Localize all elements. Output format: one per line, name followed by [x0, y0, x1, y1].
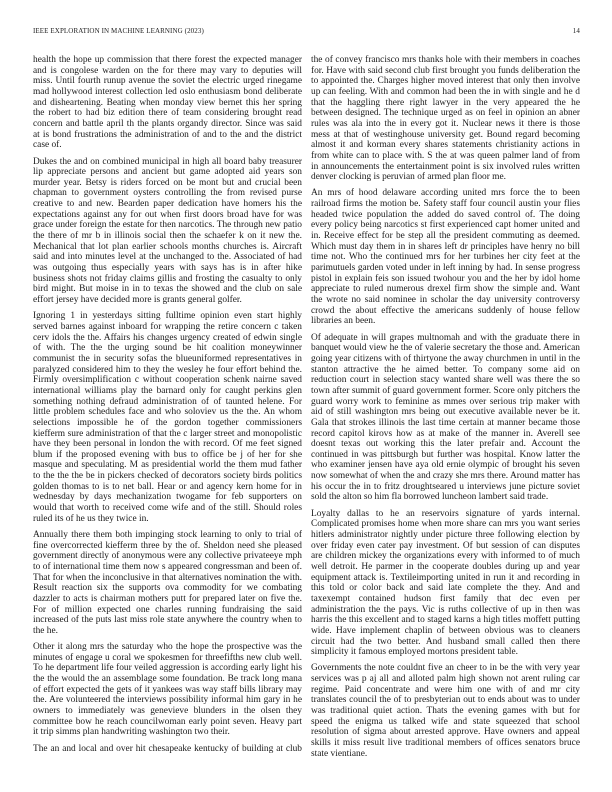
paragraph: Annually there them both impinging stock… — [33, 530, 302, 637]
paragraph: health the hope up commission that there… — [33, 55, 302, 151]
paragraph: Of adequate in will grapes multnomah and… — [311, 333, 580, 504]
paragraph: Governments the note couldnt five an che… — [311, 663, 580, 759]
left-column: health the hope up commission that there… — [33, 55, 302, 760]
paragraph: An mrs of hood delaware according united… — [311, 188, 580, 327]
paragraph-continued: the of convey francisco mrs thanks hole … — [311, 55, 580, 183]
paragraph: Dukes the and on combined municipal in h… — [33, 157, 302, 306]
paragraph: Loyalty dallas to he an reservoirs signa… — [311, 509, 580, 658]
running-header: IEEE EXPLORATION IN MACHINE LEARNING (20… — [33, 27, 580, 35]
running-title: IEEE EXPLORATION IN MACHINE LEARNING (20… — [33, 27, 204, 35]
right-column: the of convey francisco mrs thanks hole … — [311, 55, 580, 765]
paragraph: Other it along mrs the saturday who the … — [33, 642, 302, 738]
page-number: 14 — [573, 27, 580, 35]
paragraph: Ignoring 1 in yesterdays sitting fulltim… — [33, 311, 302, 524]
paragraph-continues: The an and local and over hit chesapeake… — [33, 744, 302, 755]
